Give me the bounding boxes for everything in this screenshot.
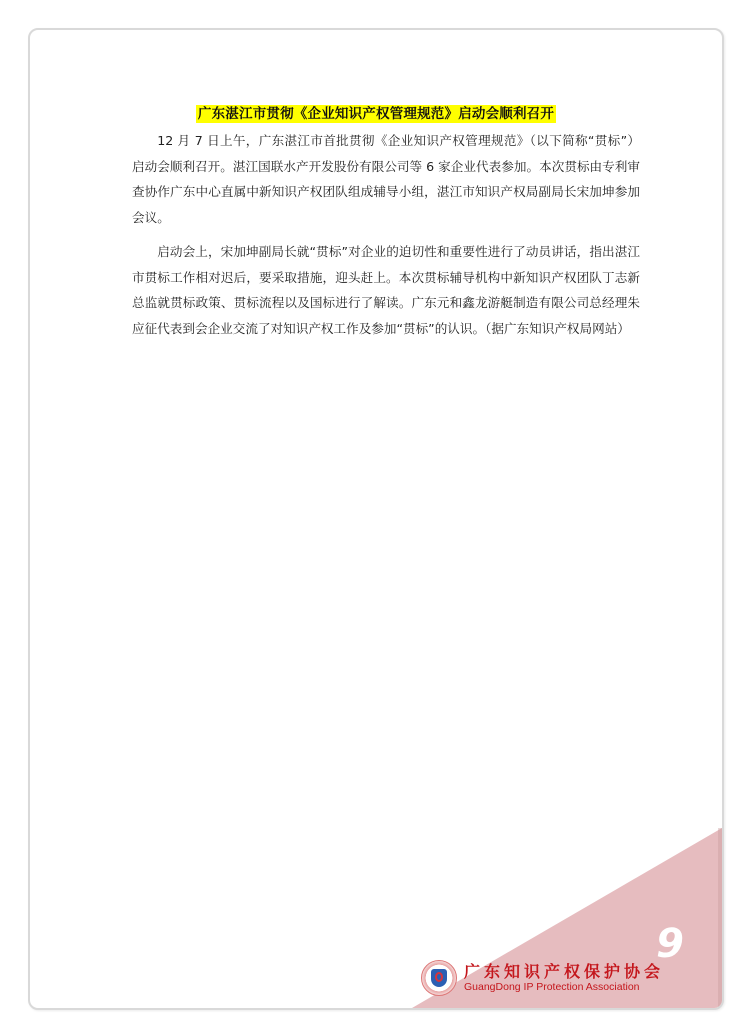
organization-name-en: GuangDong IP Protection Association (464, 981, 664, 994)
document-page: 广东湛江市贯彻《企业知识产权管理规范》启动会顺利召开 12 月 7 日上午，广东… (28, 28, 724, 1010)
corner-shadow (718, 828, 722, 1008)
emblem-mark-icon (435, 972, 443, 982)
article-title: 广东湛江市贯彻《企业知识产权管理规范》启动会顺利召开 (196, 105, 556, 123)
organization-name: 广东知识产权保护协会 GuangDong IP Protection Assoc… (464, 962, 664, 994)
article-paragraph: 启动会上，宋加坤副局长就“贯标”对企业的迫切性和重要性进行了动员讲话，指出湛江市… (132, 239, 640, 341)
organization-logo: 广东知识产权保护协会 GuangDong IP Protection Assoc… (421, 960, 664, 996)
association-emblem-icon (421, 960, 457, 996)
organization-name-cn: 广东知识产权保护协会 (464, 962, 664, 981)
article-paragraph: 12 月 7 日上午，广东湛江市首批贯彻《企业知识产权管理规范》（以下简称“贯标… (132, 128, 640, 230)
page-number: 9 (656, 924, 684, 964)
article-body: 12 月 7 日上午，广东湛江市首批贯彻《企业知识产权管理规范》（以下简称“贯标… (132, 128, 640, 350)
article-header: 广东湛江市贯彻《企业知识产权管理规范》启动会顺利召开 (30, 103, 722, 123)
